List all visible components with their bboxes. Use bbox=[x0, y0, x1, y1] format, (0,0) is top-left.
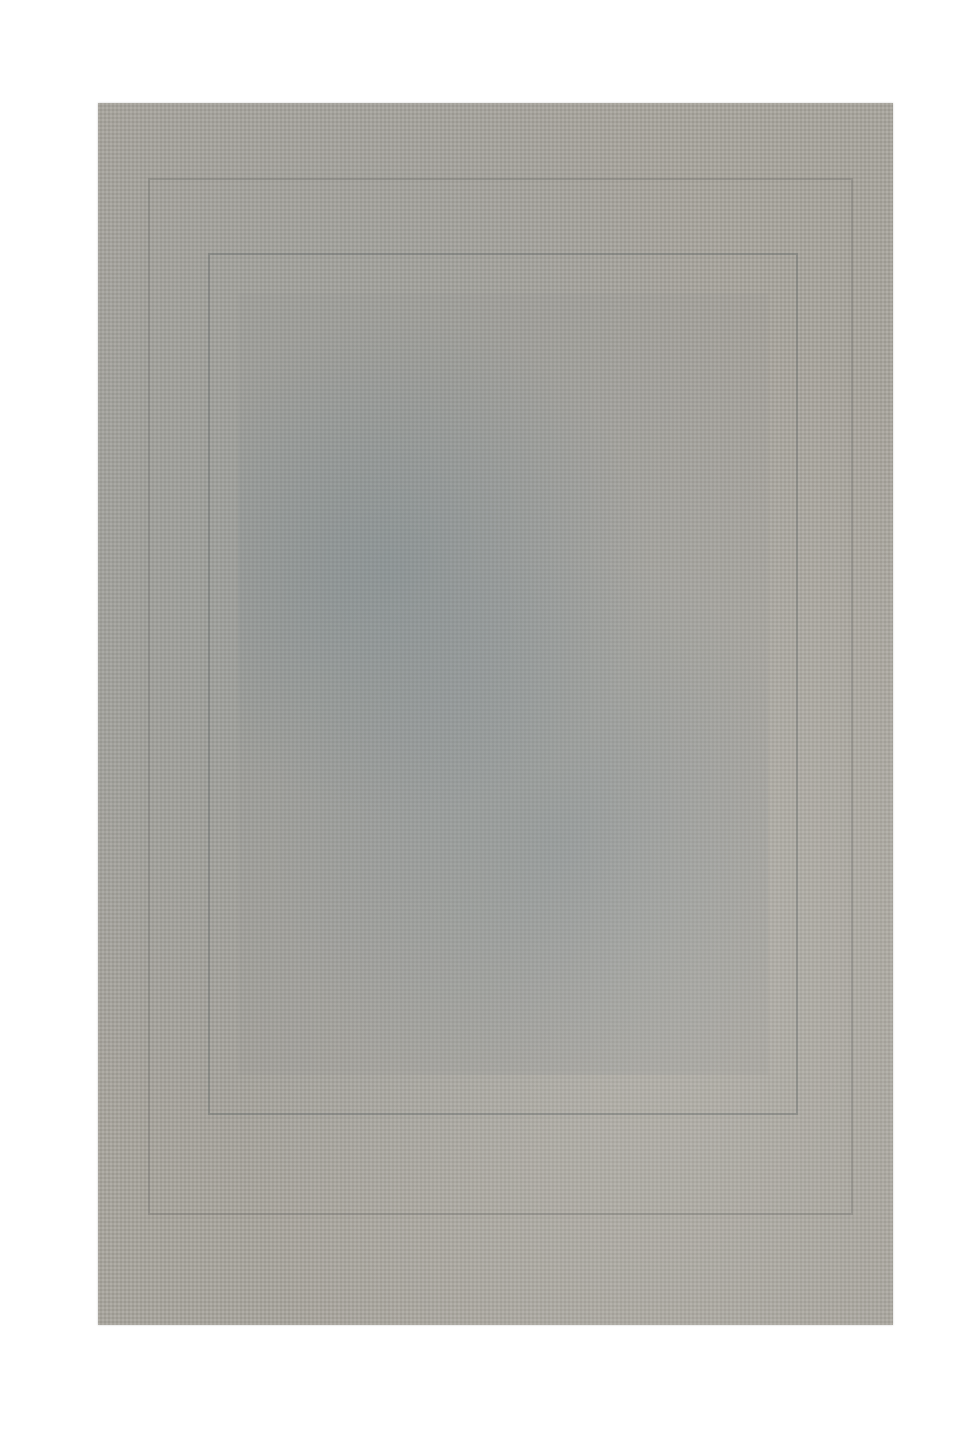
rug-field-pattern bbox=[238, 293, 768, 1075]
rug-photo bbox=[98, 103, 893, 1325]
